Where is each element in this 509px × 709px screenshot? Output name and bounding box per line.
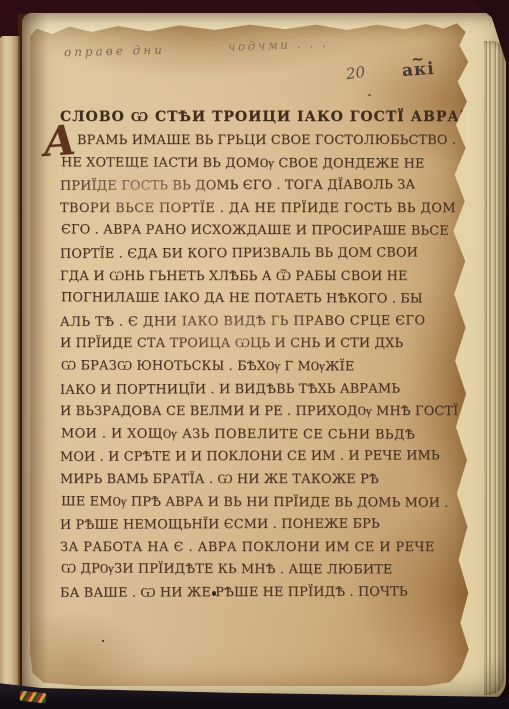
manuscript-line: И ПРЇИДЕ СТА ТРОИЦА ѠЦЬ И СНЬ И СТИ ДХЬ — [60, 333, 454, 356]
manuscript-line: ПОРТЇЕ . ЄДА БИ КОГО ПРИЗВАЛЬ ВЬ ДОМ СВО… — [60, 242, 454, 266]
margin-note-left: оправе дни — [64, 43, 165, 59]
manuscript-line: Ѡ БРАЗѠ ЮНОТЬСКЫ . БѢХѸ Г МѸЖЇЕ — [61, 355, 455, 379]
manuscript-line: ТВОРИ ВЬСЕ ПОРТЇЕ . ДА НЕ ПРЇИДЕ ГОСТЬ В… — [60, 198, 454, 221]
manuscript-line: МОИ . И ХОЩѸ АЗЬ ПОВЕЛИТЕ СЕ СЬНИ ВЬДѢ — [61, 423, 455, 447]
ink-speck — [212, 591, 216, 596]
ink-speck — [102, 640, 104, 642]
manuscript-line: И РѢШЕ НЕМОЩЬНЇИ ЄСМИ . ПОНЕЖЕ БРЬ — [60, 513, 454, 537]
facing-page-edge — [0, 36, 20, 688]
manuscript-line: МИРЬ ВАМЬ БРАТЇА . Ѡ НИ ЖЕ ТАКОЖЕ РѢ — [60, 469, 454, 492]
folio-letter-mark: ~акі — [401, 59, 435, 81]
manuscript-line: ЄГО . АВРА РАНО ИСХОЖДАШЕ И ПРОСИРАШЕ ВЬ… — [61, 220, 455, 244]
manuscript-line: ШЕ ЕМѸ ПРѢ АВРА И ВЬ НИ ПРЇИДЕ ВЬ ДОМЬ М… — [61, 491, 455, 515]
manuscript-line: МОИ . И СРѢТЕ И И ПОКЛОНИ СЕ ИМ . И РЕЧЕ… — [60, 446, 454, 470]
manuscript-line: НЕ ХОТЕЩЕ ІАСТИ ВЬ ДОМѸ СВОЕ ДОНДЕЖЕ НЕ — [61, 152, 455, 176]
text-block: СЛОВО Ѡ СТѢИ ТРОИЦИ ІАКО ГОСТЇ АВРАМЬ : … — [60, 104, 454, 604]
folio-number: 20 — [345, 63, 366, 83]
manuscript-line: БА ВАШЕ . Ѡ НИ ЖЕ РѢШЕ НЕ ПРЇИДѢ . ПОЧТЬ — [60, 581, 454, 605]
ink-speck — [368, 94, 371, 96]
titlo-mark: ~ — [411, 50, 426, 69]
title-line: СЛОВО Ѡ СТѢИ ТРОИЦИ ІАКО ГОСТЇ АВРАМЬ : — [60, 104, 454, 130]
manuscript-line: ІАКО И ПОРТНИЦЇИ . И ВИДѢВЬ ТѢХЬ АВРАМЬ — [60, 378, 454, 402]
manuscript-leaf: оправе дни чодчми . . . 20 ~акі А СЛОВО … — [30, 22, 470, 686]
manuscript-line: ЗА РАБОТА НА Є . АВРА ПОКЛОНИ ИМ СЕ И РЕ… — [60, 537, 454, 560]
manuscript-photo: оправе дни чодчми . . . 20 ~акі А СЛОВО … — [0, 0, 509, 709]
manuscript-line: Ѡ ДРѸЗИ ПРЇИДѢТЕ КЬ МНѢ . АЩЕ ЛЮБИТЕ — [61, 559, 455, 583]
margin-note-center: чодчми . . . — [228, 36, 329, 54]
manuscript-line: ВРАМЬ ИМАШЕ ВЬ ГРЬЦИ СВОЕ ГОСТОЛЮБЬСТВО … — [60, 130, 454, 153]
manuscript-line: ПОГНИЛАШЕ ІАКО ДА НЕ ПОТАЕТЬ НѢКОГО . БЫ — [61, 287, 455, 311]
manuscript-line: ГДА И ѠНЬ ГЬНЕТЬ ХЛѢБЬ А Ѿ РАБЫ СВОИ НЕ — [60, 266, 454, 289]
manuscript-line: ПРИЇДЕ ГОСТЬ ВЬ ДОМЬ ЄГО . ТОГА ДЇАВОЛЬ … — [60, 174, 454, 198]
manuscript-line: И ВЬЗРАДОВА СЕ ВЕЛМИ И РЕ . ПРИХОДѸ МНѢ … — [60, 401, 454, 424]
fore-edge-pages — [484, 41, 504, 695]
manuscript-line: АЛЬ ТѢ . Є ДНИ ІАКО ВИДѢ ГЬ ПРАВО СРЦЕ Є… — [60, 310, 454, 334]
